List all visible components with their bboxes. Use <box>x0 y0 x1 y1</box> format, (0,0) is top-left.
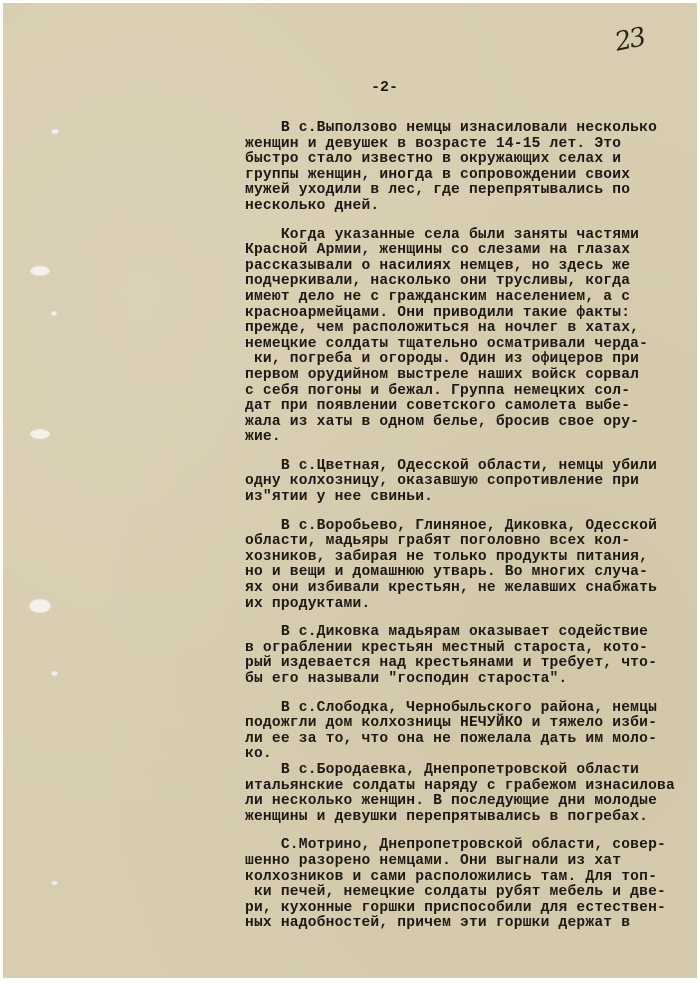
text-line: ко. <box>245 747 700 763</box>
text-line: В с.Воробьево, Глиняное, Диковка, Одесск… <box>245 519 700 535</box>
text-line: женщин и девушек в возрасте 14-15 лет. Э… <box>245 137 700 153</box>
text-line: Когда указанные села были заняты частями <box>245 228 700 244</box>
paragraph: В с.Воробьево, Глиняное, Диковка, Одесск… <box>245 519 700 613</box>
punch-hole <box>50 310 58 317</box>
text-line: рассказывали о насилиях немцев, но здесь… <box>245 259 700 275</box>
punch-hole <box>29 265 51 277</box>
text-line: В с.Диковка мадьярам оказывает содействи… <box>245 625 700 641</box>
text-line: немецкие солдаты тщательно осматривали ч… <box>245 337 700 353</box>
text-line: Красной Армии, женщины со слезами на гла… <box>245 243 700 259</box>
text-line: подожгли дом колхозницы НЕЧУЙКО и тяжело… <box>245 716 700 732</box>
text-line: быстро стало известно в окружающих селах… <box>245 152 700 168</box>
text-line: женщины и девушки перепрятывались в погр… <box>245 810 700 826</box>
text-line: итальянские солдаты наряду с грабежом из… <box>245 779 700 795</box>
paragraph: В с.Диковка мадьярам оказывает содействи… <box>245 625 700 687</box>
text-line: ки печей, немецкие солдаты рубят мебель … <box>245 885 700 901</box>
punch-hole <box>29 428 51 440</box>
text-line: в ограблении крестьян местный староста, … <box>245 641 700 657</box>
text-line: с себя погоны и бежал. Группа немецких с… <box>245 384 700 400</box>
text-line: В с.Цветная, Одесской области, немцы уби… <box>245 459 700 475</box>
text-line: В с.Бородаевка, Днепропетровской области <box>245 763 700 779</box>
text-line: ных надобностей, причем эти горшки держа… <box>245 916 700 932</box>
text-line: имеют дело не с гражданским населением, … <box>245 290 700 306</box>
document-page: 23 -2- В с.Выползово немцы изнасиловали … <box>3 3 697 978</box>
text-line: красноармейцами. Они приводили такие фак… <box>245 306 700 322</box>
punch-hole <box>28 598 52 614</box>
punch-hole <box>31 428 32 429</box>
text-line: шенно разорено немцами. Они выгнали из х… <box>245 854 700 870</box>
paragraph: В с.Бородаевка, Днепропетровской области… <box>245 763 700 825</box>
page-number: -2- <box>371 79 398 96</box>
punch-hole <box>50 128 60 135</box>
paragraph: В с.Цветная, Одесской области, немцы уби… <box>245 459 700 506</box>
text-line: В с.Выползово немцы изнасиловали несколь… <box>245 121 700 137</box>
document-body: В с.Выползово немцы изнасиловали несколь… <box>245 121 700 945</box>
text-line: дат при появлении советского самолета вы… <box>245 399 700 415</box>
text-line: рый издевается над крестьянами и требует… <box>245 656 700 672</box>
punch-hole <box>50 880 59 886</box>
text-line: В с.Слободка, Чернобыльского района, нем… <box>245 701 700 717</box>
text-line: одну колхозницу, оказавшую сопротивление… <box>245 474 700 490</box>
text-line: ли ее за то, что она не пожелала дать им… <box>245 732 700 748</box>
paragraph: Когда указанные села были заняты частями… <box>245 228 700 446</box>
paragraph: В с.Выползово немцы изнасиловали несколь… <box>245 121 700 215</box>
text-line: ки, погреба и огороды. Один из офицеров … <box>245 352 700 368</box>
text-line: подчеркивали, насколько они трусливы, ко… <box>245 274 700 290</box>
text-line: ли несколько женщин. В последующие дни м… <box>245 794 700 810</box>
paragraph: В с.Слободка, Чернобыльского района, нем… <box>245 701 700 763</box>
text-line: хозников, забирая не только продукты пит… <box>245 550 700 566</box>
text-line: но и вещи и домашнюю утварь. Во многих с… <box>245 565 700 581</box>
folio-number: 23 <box>612 22 647 57</box>
text-line: бы его называли "господин староста". <box>245 672 700 688</box>
text-line: прежде, чем расположиться на ночлег в ха… <box>245 321 700 337</box>
text-line: жие. <box>245 430 700 446</box>
text-line: С.Мотрино, Днепропетровской области, сов… <box>245 838 700 854</box>
text-line: мужей уходили в лес, где перепрятывались… <box>245 183 700 199</box>
text-line: жала из хаты в одном белье, бросив свое … <box>245 415 700 431</box>
punch-hole <box>50 670 59 677</box>
text-line: ях они избивали крестьян, не желавших сн… <box>245 581 700 597</box>
text-line: из"ятии у нее свиньи. <box>245 490 700 506</box>
text-line: несколько дней. <box>245 199 700 215</box>
text-line: первом орудийном выстреле наших войск со… <box>245 368 700 384</box>
paragraph: С.Мотрино, Днепропетровской области, сов… <box>245 838 700 932</box>
text-line: колхозников и сами расположились там. Дл… <box>245 870 700 886</box>
text-line: ри, кухонные горшки приспособили для ест… <box>245 901 700 917</box>
text-line: области, мадьяры грабят поголовно всех к… <box>245 534 700 550</box>
text-line: группы женщин, иногда в сопровождении св… <box>245 168 700 184</box>
text-line: их продуктами. <box>245 597 700 613</box>
